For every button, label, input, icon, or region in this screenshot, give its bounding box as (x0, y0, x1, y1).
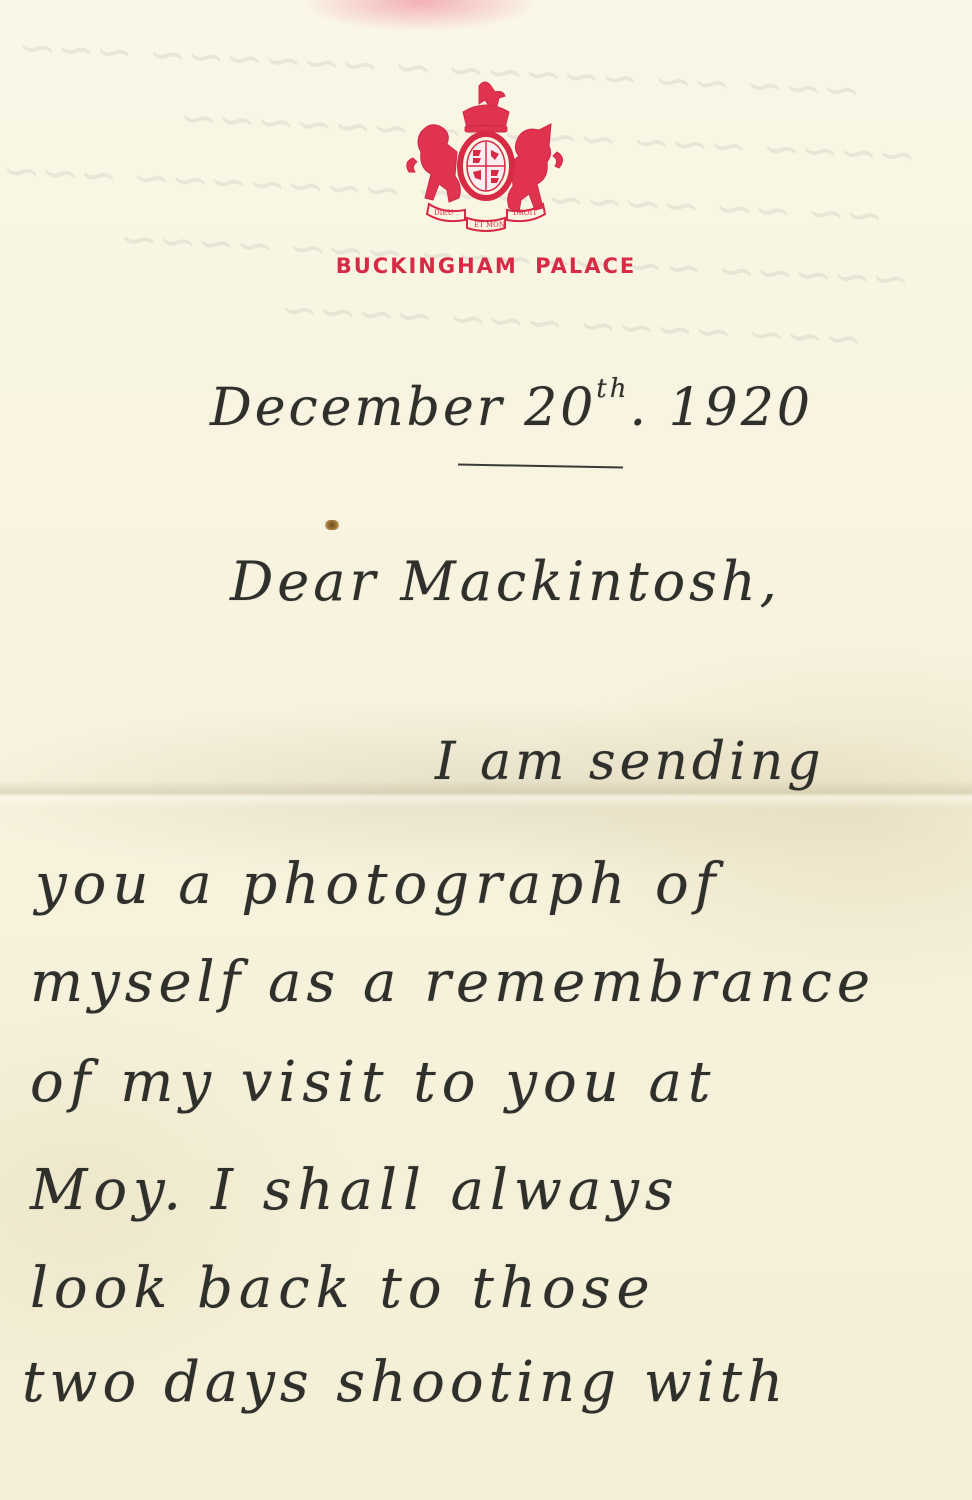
letter-page: ~~~ ~~ ~~~~~ ~ ~~~~~~ ~~~ ~~~~ ~~~ ~~~~~… (0, 0, 972, 1500)
body-line: I am sending (435, 732, 825, 792)
date-ordinal: th (596, 374, 629, 404)
paper-blemish (325, 520, 339, 530)
crest-motto-right: DROIT (513, 209, 537, 217)
crest-motto-center: ET MON (474, 221, 505, 229)
royal-coat-of-arms-icon: DIEU DROIT ET MON (401, 72, 571, 242)
body-line: look back to those (30, 1256, 656, 1321)
body-line: you a photograph of (35, 852, 721, 917)
date-year: 1920 (669, 378, 813, 438)
body-line: Moy. I shall always (30, 1158, 680, 1223)
letterhead: DIEU DROIT ET MON (0, 72, 972, 242)
salutation: Dear Mackintosh, (230, 550, 781, 613)
letter-date: December 20th. 1920 (210, 378, 813, 438)
crest-motto-left: DIEU (434, 209, 453, 217)
date-underline-divider (458, 464, 623, 469)
date-month-day: December 20 (210, 378, 596, 438)
letterhead-title: BUCKINGHAM PALACE (0, 254, 972, 278)
body-line: of my visit to you at (30, 1050, 716, 1115)
body-line: myself as a remembrance (30, 950, 875, 1015)
body-line: two days shooting with (22, 1350, 788, 1415)
